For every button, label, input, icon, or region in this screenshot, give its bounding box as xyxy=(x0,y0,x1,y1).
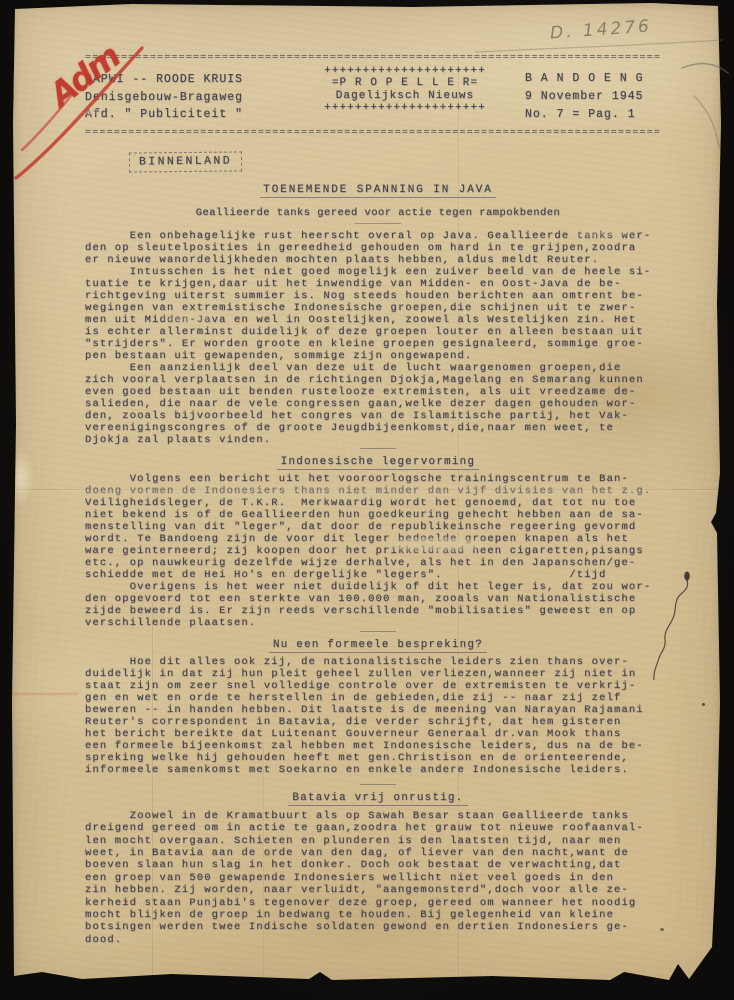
separator-dash xyxy=(360,448,396,449)
article-subtitle: Geallieerde tanks gereed voor actie tege… xyxy=(196,207,561,219)
section-heading-2: Nu een formeele bespreking? xyxy=(269,639,487,653)
masthead-issue-page: No. 7 = Pag. 1 xyxy=(525,106,671,124)
paragraph-5: Overigens is het weer niet duidelijk of … xyxy=(85,581,671,629)
ink-speck xyxy=(702,703,705,706)
masthead-city: B A N D O E N G xyxy=(525,70,671,88)
masthead-address: Denisgebouw-Bragaweg xyxy=(85,89,263,107)
section-heading-block: Batavia vrij onrustig. xyxy=(85,784,671,806)
separator-dash xyxy=(360,784,396,785)
masthead-center-column: +++++++++++++++++++++ =P R O P E L L E R… xyxy=(319,65,491,115)
article-title: TOENEMENDE SPANNING IN JAVA xyxy=(260,184,496,198)
paragraph-4: Volgens een bericht uit het vooroorlogsc… xyxy=(85,473,671,581)
section-heading-1: Indonesische legervorming xyxy=(277,456,479,470)
masthead-right-column: B A N D O E N G 9 November 1945 No. 7 = … xyxy=(525,70,671,123)
paragraph-6: Hoe dit alles ook zij, de nationalistisc… xyxy=(85,656,671,776)
paragraph-1: Een onbehagelijke rust heerscht overal o… xyxy=(85,230,671,266)
masthead-rule-top: ========================================… xyxy=(85,54,671,62)
newsletter-subtitle: Dagelijksch Nieuws xyxy=(319,90,491,102)
stain xyxy=(8,450,34,505)
separator-dash xyxy=(360,631,396,632)
plus-border-top: +++++++++++++++++++++ xyxy=(319,65,491,77)
section-heading-block: Indonesische legervorming xyxy=(85,448,671,470)
separator-dash xyxy=(355,223,401,224)
scan-background: { "annotations": { "red_note": "Adm", "p… xyxy=(0,0,734,1000)
plus-border-bottom: +++++++++++++++++++++ xyxy=(319,102,491,114)
masthead-rule-bottom: ========================================… xyxy=(85,128,671,136)
red-crease-mark xyxy=(12,693,78,695)
paper-sheet: ========================================… xyxy=(12,3,721,988)
masthead-date: 9 November 1945 xyxy=(525,88,671,106)
section-heading-3: Batavia vrij onrustig. xyxy=(288,792,467,806)
red-speck xyxy=(10,95,14,99)
paragraph-2: Intusschen is het niet goed mogelijk een… xyxy=(85,266,671,362)
masthead: RAPWI -- ROODE KRUIS Denisgebouw-Bragawe… xyxy=(85,65,671,124)
section-heading-block: Nu een formeele bespreking? xyxy=(85,631,671,653)
typed-page: ========================================… xyxy=(85,53,671,946)
rubric-box: BINNENLAND xyxy=(129,151,242,172)
paragraph-7: Zoowel in de Kramatbuurt als op Sawah Be… xyxy=(85,810,671,946)
masthead-department: Afd. " Publiciteit " xyxy=(85,106,263,124)
paragraph-3: Een aanzienlijk deel van deze uit de luc… xyxy=(85,362,671,446)
newsletter-name: =P R O P E L L E R= xyxy=(319,77,491,89)
